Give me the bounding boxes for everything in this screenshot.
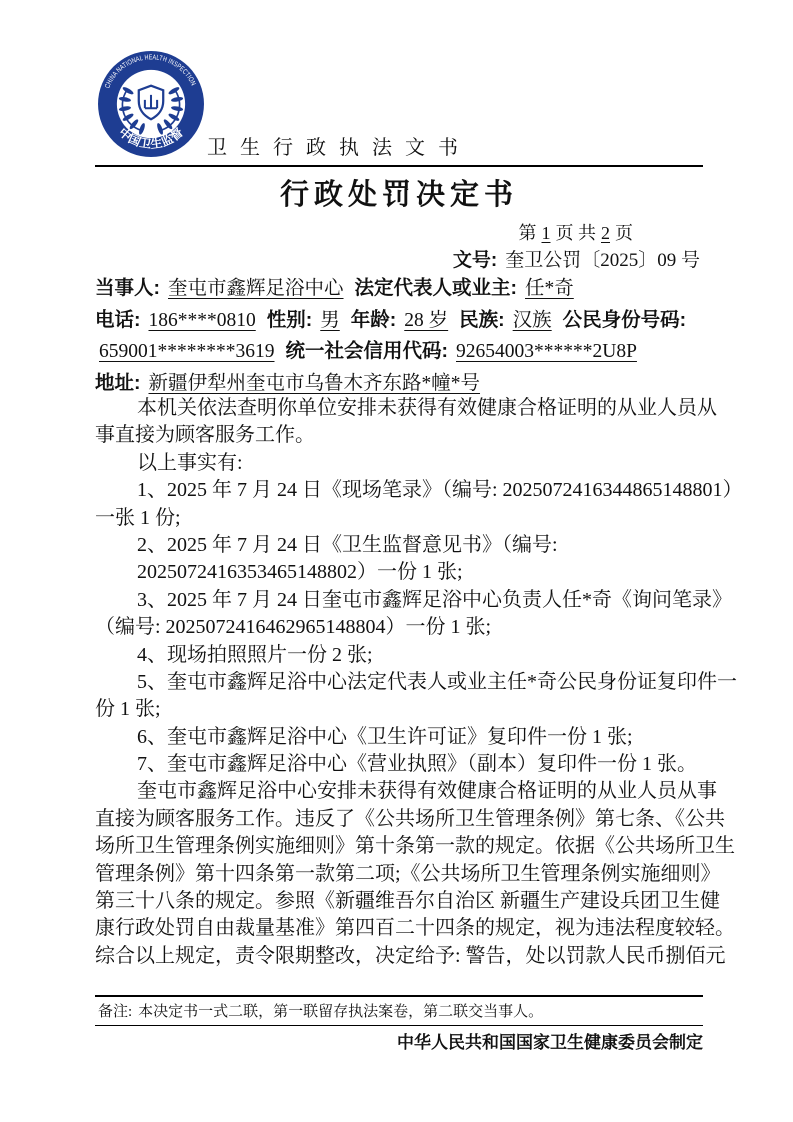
body-line: 2025072416353465148802）一份 1 张;: [95, 559, 703, 586]
body-line: 一张 1 份;: [95, 505, 703, 532]
document-content: CHINA NATIONAL HEALTH INSPECTION 中国卫生监督: [95, 0, 703, 1122]
remark-text: 本决定书一式二联，第一联留存执法案卷，第二联交当事人。: [138, 1004, 543, 1020]
ethnicity-value: 汉族: [509, 310, 556, 331]
body-line: 3、2025 年 7 月 24 日奎屯市鑫辉足浴中心负责人任*奇《询问笔录》: [95, 587, 703, 614]
ethnicity-label: 民族:: [459, 309, 505, 331]
age-value: 28 岁: [400, 310, 452, 331]
body-line: （编号: 2025072416462965148804）一份 1 张;: [95, 614, 703, 641]
body-line: 4、现场拍照照片一份 2 张;: [95, 642, 703, 669]
credit-code-label: 统一社会信用代码:: [286, 340, 449, 362]
body-line: 综合以上规定，责令限期整改，决定给予: 警告，处以罚款人民币捌佰元: [95, 943, 703, 970]
body-line: 1、2025 年 7 月 24 日《现场笔录》（编号: 202507241634…: [95, 477, 703, 504]
page-number: 第1页 共2页: [519, 219, 634, 245]
total-page-number: 2: [596, 223, 615, 243]
body-line: 第三十八条的规定。参照《新疆维吾尔自治区 新疆生产建设兵团卫生健: [95, 888, 703, 915]
address-label: 地址:: [95, 372, 141, 394]
age-label: 年龄:: [351, 309, 397, 331]
page-label-prefix: 第: [519, 223, 537, 243]
body-line: 直接为顾客服务工作。违反了《公共场所卫生管理条例》第七条、《公共: [95, 806, 703, 833]
legal-rep-label: 法定代表人或业主:: [355, 277, 518, 299]
document-page: CHINA NATIONAL HEALTH INSPECTION 中国卫生监督: [0, 0, 793, 1122]
decision-body-text: 本机关依法查明你单位安排未获得有效健康合格证明的从业人员从事直接为顾客服务工作。…: [95, 395, 703, 970]
body-line: 事直接为顾客服务工作。: [95, 422, 703, 449]
page-label-suffix: 页: [615, 223, 633, 243]
header-divider: [95, 165, 703, 167]
body-line: 管理条例》第十四条第一款第二项;《公共场所卫生管理条例实施细则》: [95, 861, 703, 888]
id-number-value: 659001********3619: [95, 341, 279, 362]
body-line: 场所卫生管理条例实施细则》第十条第一款的规定。依据《公共场所卫生: [95, 833, 703, 860]
remark-bar: 备注:本决定书一式二联，第一联留存执法案卷，第二联交当事人。: [95, 995, 703, 1026]
gender-value: 男: [316, 310, 344, 331]
doc-category-title: 卫生行政执法文书: [35, 131, 643, 160]
party-label: 当事人:: [95, 277, 160, 299]
body-line: 本机关依法查明你单位安排未获得有效健康合格证明的从业人员从: [95, 395, 703, 422]
body-line: 份 1 张;: [95, 696, 703, 723]
id-number-label: 公民身份号码:: [563, 309, 687, 331]
address-value: 新疆伊犁州奎屯市乌鲁木齐东路*幢*号: [145, 373, 485, 394]
party-value: 奎屯市鑫辉足浴中心: [164, 278, 348, 299]
body-line: 奎屯市鑫辉足浴中心安排未获得有效健康合格证明的从业人员从事: [95, 778, 703, 805]
field-row-codes: 659001********3619统一社会信用代码:92654003*****…: [95, 336, 703, 368]
body-line: 康行政处罚自由裁量基准》第四百二十四条的规定，视为违法程度较轻。: [95, 915, 703, 942]
doc-number-label: 文号:: [453, 250, 497, 271]
doc-number-value: 奎卫公罚〔2025〕09 号: [505, 250, 700, 271]
body-line: 6、奎屯市鑫辉足浴中心《卫生许可证》复印件一份 1 张;: [95, 724, 703, 751]
body-line: 7、奎屯市鑫辉足浴中心《营业执照》（副本）复印件一份 1 张。: [95, 751, 703, 778]
current-page-number: 1: [537, 223, 556, 243]
issuing-authority: 中华人民共和国国家卫生健康委员会制定: [397, 1028, 703, 1053]
phone-label: 电话:: [95, 309, 141, 331]
gender-label: 性别:: [267, 309, 313, 331]
body-line: 以上事实有:: [95, 450, 703, 477]
page-label-middle: 页 共: [556, 223, 597, 243]
phone-value: 186****0810: [145, 310, 260, 331]
body-line: 5、奎屯市鑫辉足浴中心法定代表人或业主任*奇公民身份证复印件一: [95, 669, 703, 696]
body-line: 2、2025 年 7 月 24 日《卫生监督意见书》（编号:: [95, 532, 703, 559]
legal-rep-value: 任*奇: [521, 278, 578, 299]
field-row-party: 当事人:奎屯市鑫辉足浴中心法定代表人或业主:任*奇: [95, 273, 703, 305]
party-info-section: 当事人:奎屯市鑫辉足浴中心法定代表人或业主:任*奇 电话:186****0810…: [95, 273, 703, 399]
field-row-personal: 电话:186****0810性别:男年龄:28 岁民族:汉族公民身份号码:: [95, 305, 703, 337]
doc-number-row: 文号:奎卫公罚〔2025〕09 号: [453, 245, 700, 272]
doc-title: 行政处罚决定书: [95, 172, 703, 213]
remark-label: 备注:: [98, 1004, 132, 1020]
credit-code-value: 92654003******2U8P: [452, 341, 641, 362]
